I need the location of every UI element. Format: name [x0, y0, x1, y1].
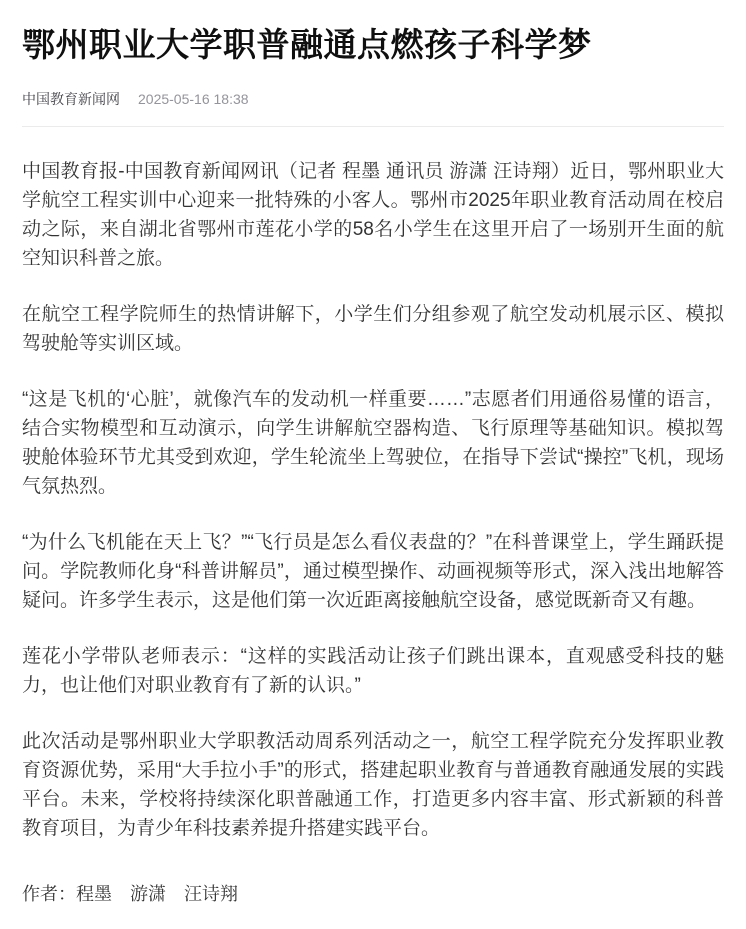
paragraph-2: 在航空工程学院师生的热情讲解下，小学生们分组参观了航空发动机展示区、模拟驾驶舱等…	[22, 300, 724, 358]
paragraph-6: 此次活动是鄂州职业大学职教活动周系列活动之一，航空工程学院充分发挥职业教育资源优…	[22, 727, 724, 843]
paragraph-1: 中国教育报-中国教育新闻网讯（记者 程墨 通讯员 游潇 汪诗翔）近日，鄂州职业大…	[22, 157, 724, 273]
author-line: 作者：程墨 游潇 汪诗翔	[22, 880, 724, 909]
article-meta: 中国教育新闻网 2025-05-16 18:38	[22, 89, 724, 109]
publish-timestamp: 2025-05-16 18:38	[138, 91, 249, 107]
article-body: 中国教育报-中国教育新闻网讯（记者 程墨 通讯员 游潇 汪诗翔）近日，鄂州职业大…	[22, 157, 724, 843]
paragraph-5: 莲花小学带队老师表示：“这样的实践活动让孩子们跳出课本，直观感受科技的魅力，也让…	[22, 642, 724, 700]
source-name: 中国教育新闻网	[22, 89, 120, 109]
article-page: 鄂州职业大学职普融通点燃孩子科学梦 中国教育新闻网 2025-05-16 18:…	[0, 0, 746, 929]
article-title: 鄂州职业大学职普融通点燃孩子科学梦	[22, 24, 724, 65]
header-divider	[22, 126, 724, 127]
paragraph-4: “为什么飞机能在天上飞？”“飞行员是怎么看仪表盘的？”在科普课堂上，学生踊跃提问…	[22, 528, 724, 615]
paragraph-3: “这是飞机的‘心脏’，就像汽车的发动机一样重要……”志愿者们用通俗易懂的语言，结…	[22, 385, 724, 501]
